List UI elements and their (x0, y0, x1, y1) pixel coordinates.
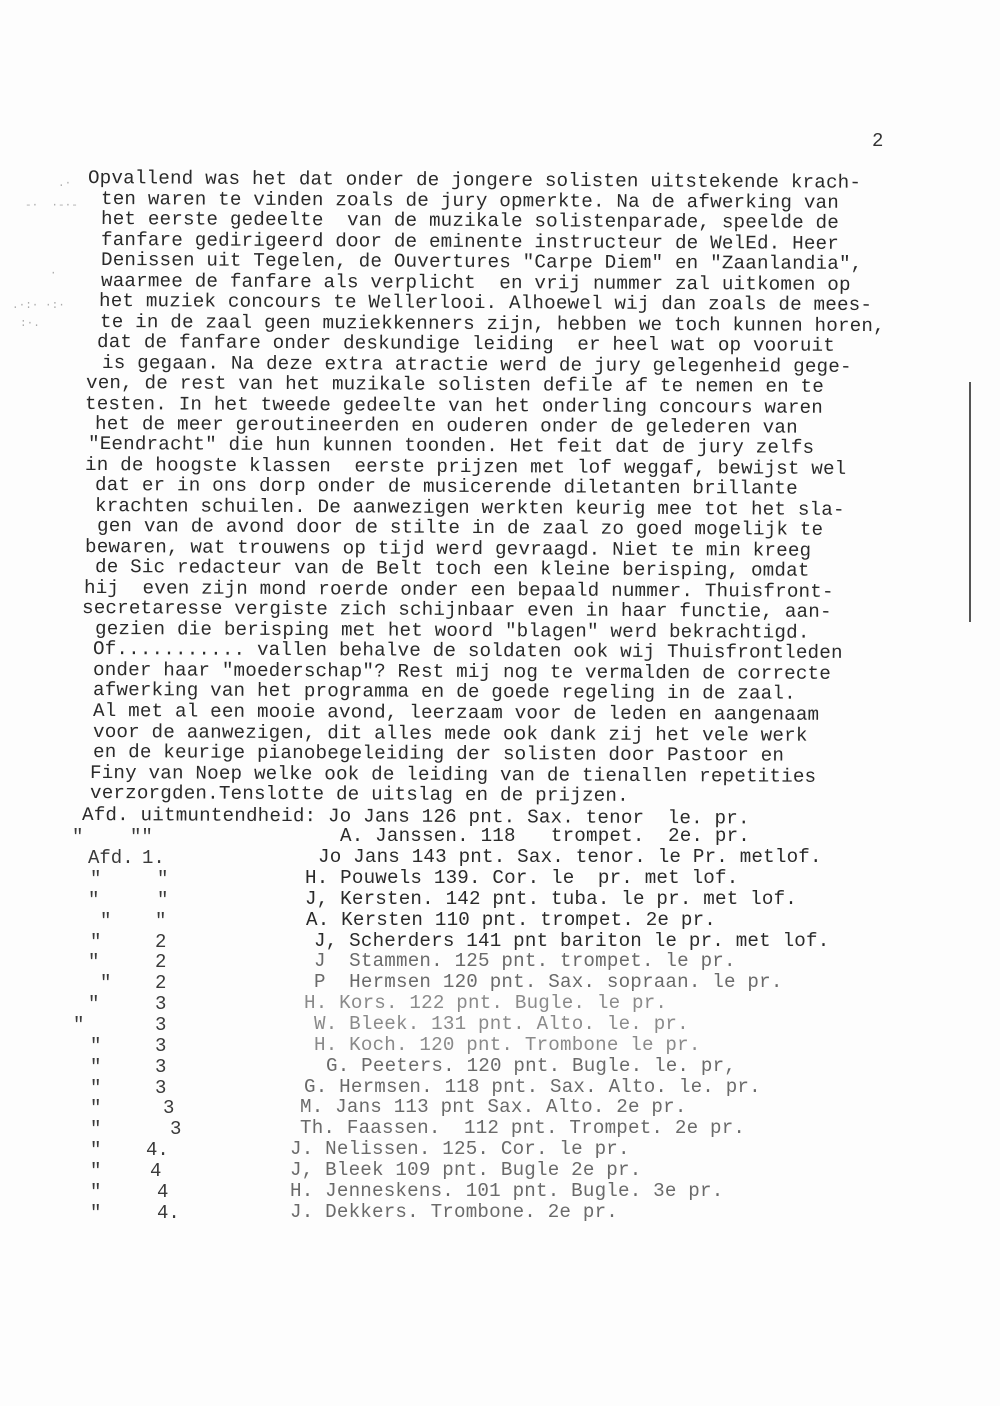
result-entry: H. Pouwels 139. Cor. le pr. met lof. (305, 868, 738, 888)
ditto-mark: " (90, 1139, 101, 1161)
body-line: verzorgden.Tenslotte de uitslag en de pr… (90, 783, 629, 806)
result-entry: Th. Faassen. 112 pnt. Trompet. 2e pr. (300, 1118, 745, 1138)
ditto-mark: " (90, 1202, 101, 1224)
afd-label: Afd. (88, 847, 134, 869)
division: " (155, 910, 166, 932)
division: 3 (163, 1097, 174, 1119)
result-entry: H. Kors. 122 pnt. Bugle. le pr. (304, 993, 667, 1013)
ditto-mark: " (90, 868, 101, 890)
division: 1. (142, 847, 165, 869)
division: 2 (155, 951, 166, 973)
division: 4 (150, 1160, 161, 1182)
result-entry: P Hermsen 120 pnt. Sax. sopraan. le pr. (314, 972, 783, 992)
result-entry: A. Janssen. 118 trompet. 2e. pr. (340, 826, 750, 846)
ditto-mark: " (100, 972, 111, 994)
division: 4 (157, 1181, 168, 1203)
result-entry: J, Scherders 141 pnt bariton le pr. met … (314, 931, 829, 951)
division: 3 (155, 1014, 166, 1036)
division: 3 (170, 1118, 181, 1140)
margin-line (969, 382, 971, 622)
result-entry: H. Jenneskens. 101 pnt. Bugle. 3e pr. (290, 1181, 723, 1201)
result-entry: J Stammen. 125 pnt. trompet. le pr. (314, 951, 736, 971)
result-entry: J. Dekkers. Trombone. 2e pr. (290, 1202, 618, 1222)
ditto-mark: " (100, 910, 111, 932)
margin-speck: :·. (20, 318, 40, 330)
division: " (157, 889, 168, 911)
page-number: 2 (872, 130, 883, 152)
ditto-mark: " (73, 1014, 84, 1036)
ditto-mark: " (88, 889, 99, 911)
document-page: 2 .· -· ·-·- · .·:· ·:· :·. Opvallend wa… (0, 0, 1000, 1406)
result-entry: G. Hermsen. 118 pnt. Sax. Alto. le. pr. (304, 1077, 761, 1097)
result-entry: J. Nelissen. 125. Cor. le pr. (290, 1139, 630, 1159)
division: 3 (155, 993, 166, 1015)
ditto-mark: " (90, 931, 101, 953)
result-entry: J, Bleek 109 pnt. Bugle 2e pr. (290, 1160, 641, 1180)
ditto-mark: " (88, 993, 99, 1015)
result-entry: J, Kersten. 142 pnt. tuba. le pr. met lo… (305, 889, 797, 909)
division: 3 (155, 1035, 166, 1057)
margin-speck: .· (58, 178, 71, 190)
division: 3 (155, 1077, 166, 1099)
division: 2 (155, 972, 166, 994)
division: 3 (155, 1056, 166, 1078)
result-entry: A. Kersten 110 pnt. trompet. 2e pr. (306, 910, 716, 930)
result-entry: W. Bleek. 131 pnt. Alto. le. pr. (314, 1014, 689, 1034)
ditto-mark: " (90, 1097, 101, 1119)
ditto-mark: " (88, 951, 99, 973)
ditto-mark: " (90, 1056, 101, 1078)
margin-speck: .·:· ·:· (12, 300, 65, 312)
division: 2 (155, 931, 166, 953)
ditto-mark: " (90, 1160, 101, 1182)
margin-speck: -· ·-·- (25, 200, 78, 212)
ditto-mark: " (90, 1118, 101, 1140)
division: "" (130, 826, 153, 848)
ditto-mark: " (72, 826, 83, 848)
result-entry: H. Koch. 120 pnt. Trombone le pr. (314, 1035, 701, 1055)
ditto-mark: " (90, 1181, 101, 1203)
margin-speck: · (50, 268, 57, 280)
division: 4. (157, 1202, 180, 1224)
ditto-mark: " (90, 1077, 101, 1099)
result-entry: Jo Jans 143 pnt. Sax. tenor. le Pr. metl… (318, 847, 822, 867)
result-entry: M. Jans 113 pnt Sax. Alto. 2e pr. (300, 1097, 687, 1117)
result-entry: G. Peeters. 120 pnt. Bugle. le. pr, (326, 1056, 736, 1076)
division: 4. (146, 1139, 169, 1161)
ditto-mark: " (90, 1035, 101, 1057)
division: " (157, 868, 168, 890)
